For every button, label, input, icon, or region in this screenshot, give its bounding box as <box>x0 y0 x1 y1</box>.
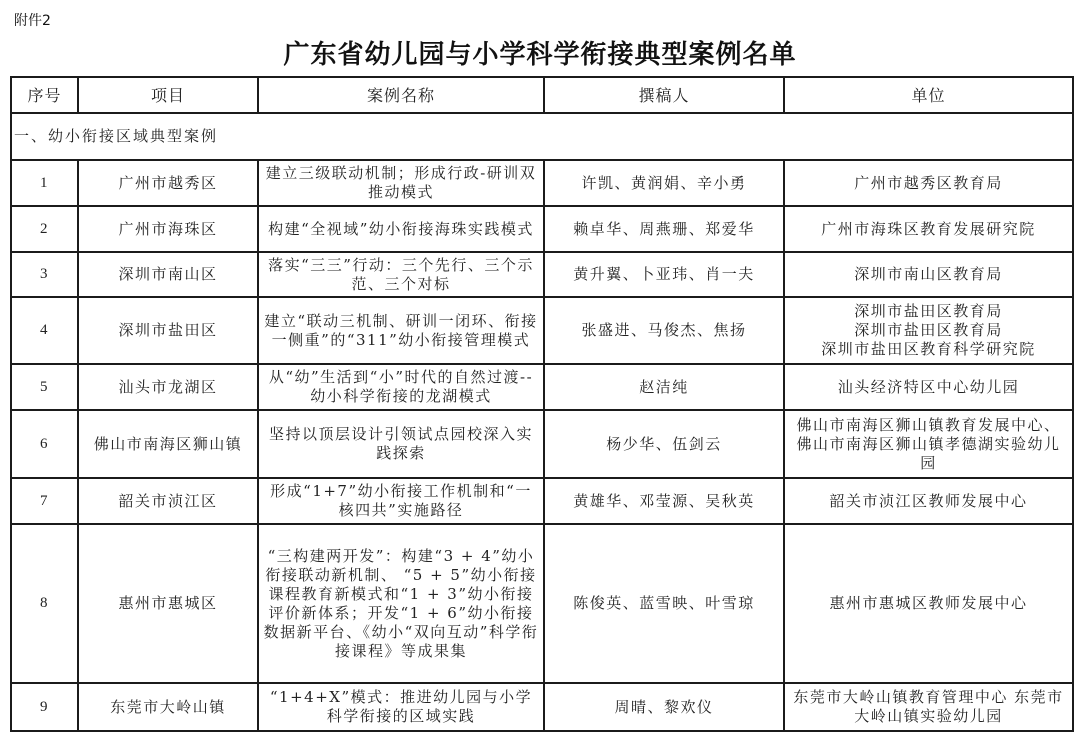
row-project: 广州市海珠区 <box>78 206 258 252</box>
table-row: 3 深圳市南山区 落实“三三”行动：三个先行、三个示范、三个对标 黄升翼、卜亚玮… <box>11 252 1073 297</box>
row-authors: 周晴、黎欢仪 <box>544 683 784 731</box>
section-heading: 一、幼小衔接区域典型案例 <box>11 113 1073 160</box>
row-unit-line: 深圳市盐田区教育局 <box>789 321 1068 340</box>
row-unit: 深圳市盐田区教育局 深圳市盐田区教育局 深圳市盐田区教育科学研究院 <box>784 297 1073 364</box>
row-unit: 广州市越秀区教育局 <box>784 160 1073 206</box>
table-row: 1 广州市越秀区 建立三级联动机制；形成行政-研训双推动模式 许凯、黄润娟、辛小… <box>11 160 1073 206</box>
document-title: 广东省幼儿园与小学科学衔接典型案例名单 <box>0 34 1080 71</box>
table-row: 5 汕头市龙湖区 从“幼”生活到“小”时代的自然过渡--幼小科学衔接的龙湖模式 … <box>11 364 1073 410</box>
table-row: 4 深圳市盐田区 建立“联动三机制、研训一闭环、衔接一侧重”的“311”幼小衔接… <box>11 297 1073 364</box>
table-header-row: 序号 项目 案例名称 撰稿人 单位 <box>11 77 1073 113</box>
table-row: 9 东莞市大岭山镇 “1+4+X”模式：推进幼儿园与小学科学衔接的区域实践 周晴… <box>11 683 1073 731</box>
row-unit-line: 深圳市盐田区教育局 <box>789 302 1068 321</box>
header-number: 序号 <box>11 77 78 113</box>
row-case-name: “三构建两开发”：构建“3 + 4”幼小衔接联动新机制、 “5 + 5”幼小衔接… <box>258 524 544 683</box>
row-authors: 许凯、黄润娟、辛小勇 <box>544 160 784 206</box>
row-authors: 陈俊英、蓝雪映、叶雪琼 <box>544 524 784 683</box>
row-case-name: 落实“三三”行动：三个先行、三个示范、三个对标 <box>258 252 544 297</box>
row-case-name: 构建“全视域”幼小衔接海珠实践模式 <box>258 206 544 252</box>
row-case-name: 形成“1+7”幼小衔接工作机制和“一核四共”实施路径 <box>258 478 544 524</box>
row-unit: 东莞市大岭山镇教育管理中心 东莞市大岭山镇实验幼儿园 <box>784 683 1073 731</box>
header-case-name: 案例名称 <box>258 77 544 113</box>
row-number: 6 <box>11 410 78 478</box>
row-authors: 赵洁纯 <box>544 364 784 410</box>
header-unit: 单位 <box>784 77 1073 113</box>
attachment-label: 附件2 <box>14 10 51 30</box>
row-project: 佛山市南海区狮山镇 <box>78 410 258 478</box>
header-authors: 撰稿人 <box>544 77 784 113</box>
row-number: 7 <box>11 478 78 524</box>
row-case-name: 从“幼”生活到“小”时代的自然过渡--幼小科学衔接的龙湖模式 <box>258 364 544 410</box>
case-list-table: 序号 项目 案例名称 撰稿人 单位 一、幼小衔接区域典型案例 1 广州市越秀区 … <box>10 76 1074 732</box>
table-row: 2 广州市海珠区 构建“全视域”幼小衔接海珠实践模式 赖卓华、周燕珊、郑爱华 广… <box>11 206 1073 252</box>
row-case-name: “1+4+X”模式：推进幼儿园与小学科学衔接的区域实践 <box>258 683 544 731</box>
row-authors: 杨少华、伍剑云 <box>544 410 784 478</box>
row-unit-line: 深圳市盐田区教育科学研究院 <box>789 340 1068 359</box>
row-case-name: 坚持以顶层设计引领试点园校深入实践探索 <box>258 410 544 478</box>
row-unit: 汕头经济特区中心幼儿园 <box>784 364 1073 410</box>
header-project: 项目 <box>78 77 258 113</box>
section-heading-row: 一、幼小衔接区域典型案例 <box>11 113 1073 160</box>
row-number: 8 <box>11 524 78 683</box>
row-number: 2 <box>11 206 78 252</box>
row-unit: 广州市海珠区教育发展研究院 <box>784 206 1073 252</box>
row-number: 5 <box>11 364 78 410</box>
row-unit: 佛山市南海区狮山镇教育发展中心、佛山市南海区狮山镇孝德湖实验幼儿园 <box>784 410 1073 478</box>
row-number: 4 <box>11 297 78 364</box>
row-project: 汕头市龙湖区 <box>78 364 258 410</box>
row-authors: 张盛进、马俊杰、焦扬 <box>544 297 784 364</box>
row-authors: 赖卓华、周燕珊、郑爱华 <box>544 206 784 252</box>
table-row: 8 惠州市惠城区 “三构建两开发”：构建“3 + 4”幼小衔接联动新机制、 “5… <box>11 524 1073 683</box>
row-number: 1 <box>11 160 78 206</box>
row-unit: 惠州市惠城区教师发展中心 <box>784 524 1073 683</box>
row-unit: 韶关市浈江区教师发展中心 <box>784 478 1073 524</box>
table-row: 7 韶关市浈江区 形成“1+7”幼小衔接工作机制和“一核四共”实施路径 黄雄华、… <box>11 478 1073 524</box>
row-unit: 深圳市南山区教育局 <box>784 252 1073 297</box>
row-case-name: 建立三级联动机制；形成行政-研训双推动模式 <box>258 160 544 206</box>
row-project: 深圳市盐田区 <box>78 297 258 364</box>
row-project: 韶关市浈江区 <box>78 478 258 524</box>
table-row: 6 佛山市南海区狮山镇 坚持以顶层设计引领试点园校深入实践探索 杨少华、伍剑云 … <box>11 410 1073 478</box>
row-project: 深圳市南山区 <box>78 252 258 297</box>
row-project: 广州市越秀区 <box>78 160 258 206</box>
row-project: 东莞市大岭山镇 <box>78 683 258 731</box>
row-project: 惠州市惠城区 <box>78 524 258 683</box>
row-case-name: 建立“联动三机制、研训一闭环、衔接一侧重”的“311”幼小衔接管理模式 <box>258 297 544 364</box>
row-authors: 黄升翼、卜亚玮、肖一夫 <box>544 252 784 297</box>
row-number: 9 <box>11 683 78 731</box>
row-number: 3 <box>11 252 78 297</box>
row-authors: 黄雄华、邓莹源、吴秋英 <box>544 478 784 524</box>
